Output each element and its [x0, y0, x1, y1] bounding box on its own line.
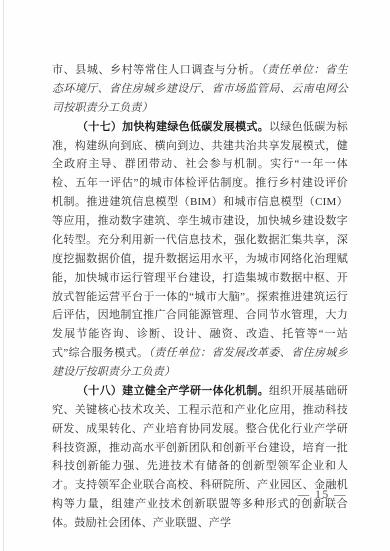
document-body: 市、县城、乡村等常住人口调查与分析。（责任单位：省生态环境厅、省住房城乡建设厅、…	[52, 61, 348, 533]
text-run-normal: 以绿色低碳为标准，构建纵向到底、横向到边、共建共治共享发展模式，健全政府主导、群…	[52, 121, 348, 360]
page-edge-line	[3, 0, 4, 551]
paragraph: （十七）加快构建绿色低碳发展模式。以绿色低碳为标准，构建纵向到底、横向到边、共建…	[52, 118, 348, 382]
paragraph: 市、县城、乡村等常住人口调查与分析。（责任单位：省生态环境厅、省住房城乡建设厅、…	[52, 61, 348, 118]
text-run-normal: 组织开展基础研究、关键核心技术攻关、工程示范和产业化应用，推动科技研发、成果转化…	[52, 385, 348, 529]
document-page: 市、县城、乡村等常住人口调查与分析。（责任单位：省生态环境厅、省住房城乡建设厅、…	[0, 0, 390, 551]
text-run-normal: 市、县城、乡村等常住人口调查与分析。	[52, 64, 261, 76]
page-number: — 15 —	[298, 489, 347, 501]
text-run-bold: （十七）加快构建绿色低碳发展模式。	[77, 121, 269, 133]
paragraph: （十八）建立健全产学研一体化机制。组织开展基础研究、关键核心技术攻关、工程示范和…	[52, 382, 348, 533]
text-run-bold: （十八）建立健全产学研一体化机制。	[77, 385, 269, 397]
